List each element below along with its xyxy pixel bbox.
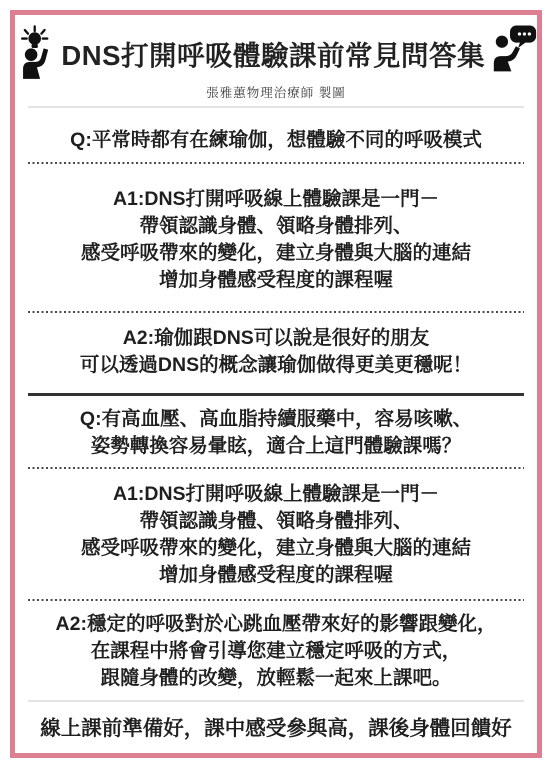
answer-line: 帶領認識身體、領略身體排列、 — [23, 213, 529, 240]
answer-1-1: A1:DNS打開呼吸線上體驗課是一門－ 帶領認識身體、領略身體排列、 感受呼吸帶… — [23, 186, 529, 294]
poster-frame: DNS打開呼吸體驗課前常見問答集 張雅蕙物理治療師 製圖 Q:平常時都有在練瑜伽… — [10, 10, 542, 758]
question-2-line: Q:有高血壓、高血脂持續服藥中，容易咳嗽、 — [23, 406, 529, 433]
answer-line: 帶領認識身體、領略身體排列、 — [23, 508, 529, 535]
question-1: Q:平常時都有在練瑜伽，想體驗不同的呼吸模式 — [23, 127, 529, 153]
page-title: DNS打開呼吸體驗課前常見問答集 — [61, 33, 485, 73]
answer-line: 增加身體感受程度的課程喔 — [23, 562, 529, 589]
answer-2-1: A1:DNS打開呼吸線上體驗課是一門－ 帶領認識身體、領略身體排列、 感受呼吸帶… — [23, 481, 529, 589]
answer-line: A2:瑜伽跟DNS可以說是很好的朋友 — [23, 325, 529, 352]
dotted-divider-4 — [28, 599, 524, 601]
section-divider — [28, 393, 524, 396]
author-credit: 張雅蕙物理治療師 製圖 — [15, 83, 537, 101]
answer-line: 感受呼吸帶來的變化，建立身體與大腦的連結 — [23, 240, 529, 267]
question-2-line: 姿勢轉換容易暈眩，適合上這門體驗課嗎？ — [23, 433, 529, 460]
answer-line: A1:DNS打開呼吸線上體驗課是一門－ — [23, 186, 529, 213]
poster-canvas: DNS打開呼吸體驗課前常見問答集 張雅蕙物理治療師 製圖 Q:平常時都有在練瑜伽… — [0, 0, 552, 768]
answer-2-2: A2:穩定的呼吸對於心跳血壓帶來好的影響跟變化， 在課程中將會引導您建立穩定呼吸… — [23, 611, 529, 692]
answer-line: A2:穩定的呼吸對於心跳血壓帶來好的影響跟變化， — [23, 611, 529, 638]
answer-line: 在課程中將會引導您建立穩定呼吸的方式， — [23, 638, 529, 665]
answer-line: 可以透過DNS的概念讓瑜伽做得更美更穩呢！ — [23, 352, 529, 379]
answer-1-2: A2:瑜伽跟DNS可以說是很好的朋友 可以透過DNS的概念讓瑜伽做得更美更穩呢！ — [23, 325, 529, 379]
question-2: Q:有高血壓、高血脂持續服藥中，容易咳嗽、 姿勢轉換容易暈眩，適合上這門體驗課嗎… — [23, 406, 529, 460]
dotted-divider-1 — [28, 162, 524, 164]
header: DNS打開呼吸體驗課前常見問答集 — [15, 21, 537, 85]
person-idea-lightbulb-icon — [15, 23, 54, 81]
question-1-line: Q:平常時都有在練瑜伽，想體驗不同的呼吸模式 — [23, 127, 529, 153]
answer-line: 增加身體感受程度的課程喔 — [23, 267, 529, 294]
footer-slogan: 線上課前準備好，課中感受參與高，課後身體回饋好 — [15, 714, 537, 744]
answer-line: A1:DNS打開呼吸線上體驗課是一門－ — [23, 481, 529, 508]
footer-divider — [28, 700, 524, 702]
answer-line: 感受呼吸帶來的變化，建立身體與大腦的連結 — [23, 535, 529, 562]
person-speech-bubble-icon — [492, 23, 537, 73]
answer-line: 跟隨身體的改變，放輕鬆一起來上課吧。 — [23, 665, 529, 692]
dotted-divider-2 — [28, 311, 524, 313]
header-divider — [28, 106, 524, 108]
dotted-divider-3 — [28, 467, 524, 469]
